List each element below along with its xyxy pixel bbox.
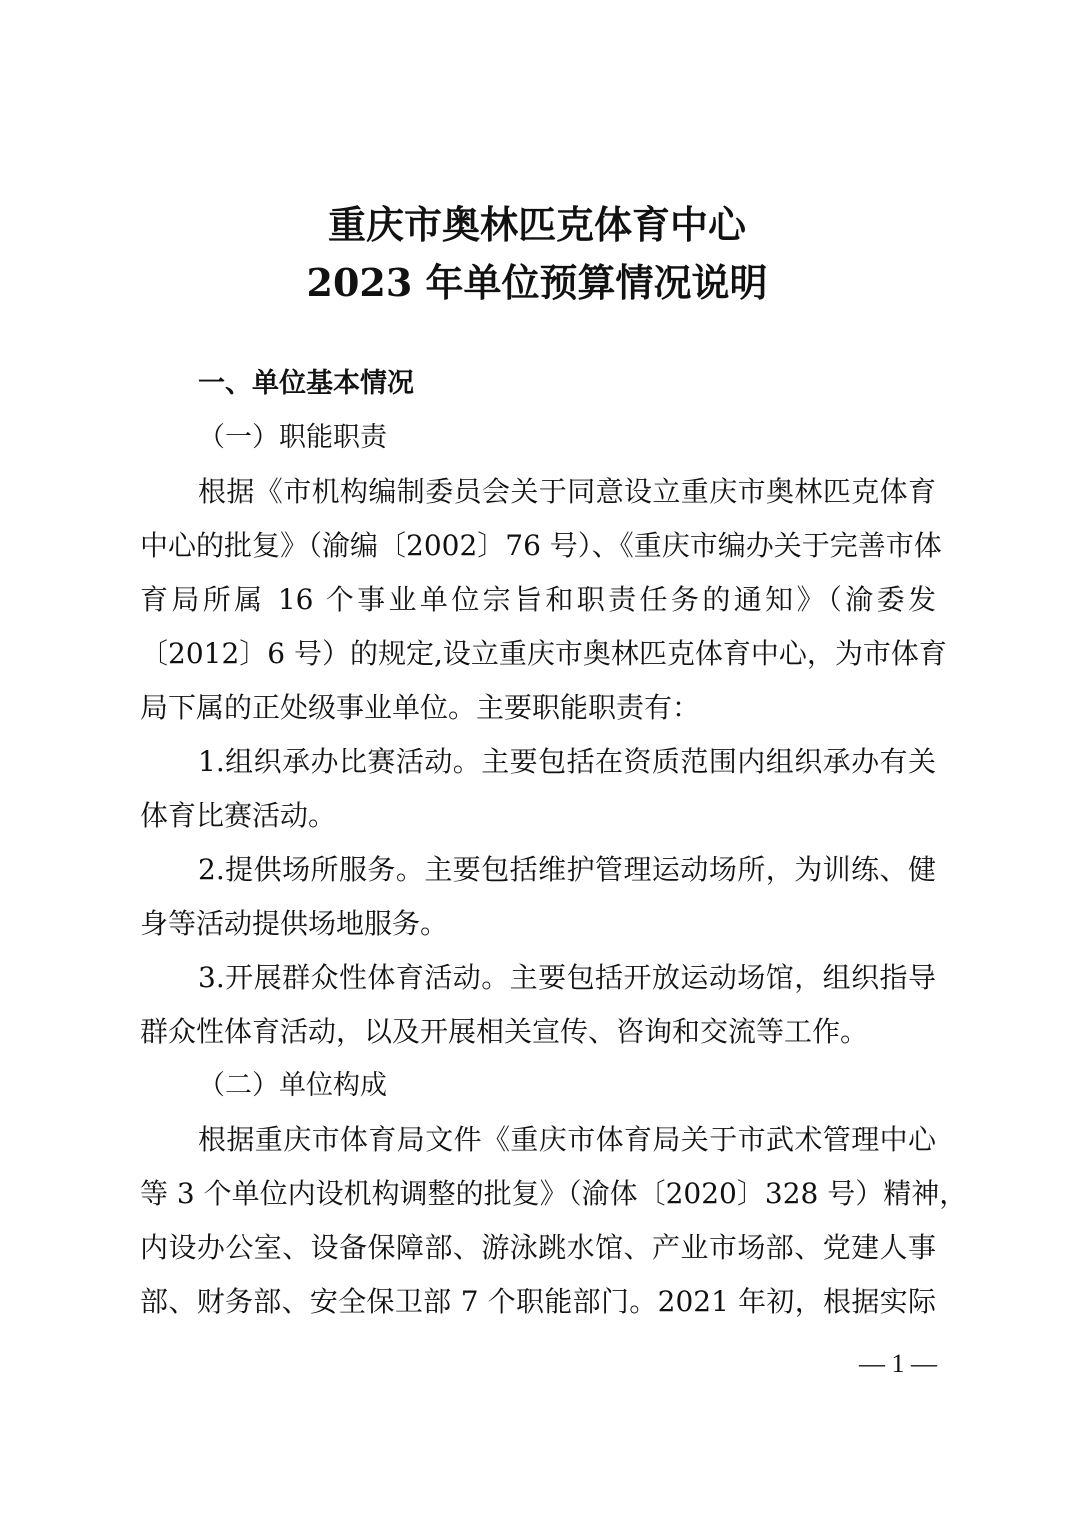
paragraph-line: 局下属的正处级事业单位。主要职能职责有： <box>140 688 700 728</box>
paragraph-line: 根据重庆市体育局文件《重庆市体育局关于市武术管理中心 <box>198 1120 936 1160</box>
paragraph-line: 内设办公室、设备保障部、游泳跳水馆、产业市场部、党建人事 <box>140 1228 936 1268</box>
page-number: — 1 — <box>858 1346 938 1382</box>
paragraph-line: 育局所属 16 个事业单位宗旨和职责任务的通知》（渝委发 <box>140 580 936 620</box>
title-line-organization: 重庆市奥林匹克体育中心 <box>0 196 1074 254</box>
subsection-heading-duties: （一）职能职责 <box>198 418 387 458</box>
document-title: 重庆市奥林匹克体育中心 2023 年单位预算情况说明 <box>0 196 1074 312</box>
duty-item-3: 3.开展群众性体育活动。主要包括开放运动场馆，组织指导 <box>198 958 936 998</box>
paragraph-line: 根据《市机构编制委员会关于同意设立重庆市奥林匹克体育 <box>198 472 936 512</box>
duty-item-2: 2.提供场所服务。主要包括维护管理运动场所，为训练、健 <box>198 850 936 890</box>
title-line-report: 2023 年单位预算情况说明 <box>0 254 1074 312</box>
duty-item-1: 1.组织承办比赛活动。主要包括在资质范围内组织承办有关 <box>198 742 936 782</box>
duty-item-1-continued: 体育比赛活动。 <box>140 796 336 836</box>
section-heading-basic-info: 一、单位基本情况 <box>198 364 414 404</box>
duty-item-2-continued: 身等活动提供场地服务。 <box>140 904 448 944</box>
duty-item-3-continued: 群众性体育活动，以及开展相关宣传、咨询和交流等工作。 <box>140 1012 868 1052</box>
paragraph-line: 中心的批复》（渝编〔2002〕76 号）、《重庆市编办关于完善市体 <box>140 526 936 566</box>
paragraph-line: 等 3 个单位内设机构调整的批复》（渝体〔2020〕328 号）精神， <box>140 1174 936 1214</box>
document-page: 重庆市奥林匹克体育中心 2023 年单位预算情况说明 一、单位基本情况 （一）职… <box>0 0 1074 1520</box>
paragraph-line: 〔2012〕6 号）的规定,设立重庆市奥林匹克体育中心，为市体育 <box>140 634 936 674</box>
subsection-heading-composition: （二）单位构成 <box>198 1066 387 1106</box>
paragraph-line: 部、财务部、安全保卫部 7 个职能部门。2021 年初，根据实际 <box>140 1282 936 1322</box>
